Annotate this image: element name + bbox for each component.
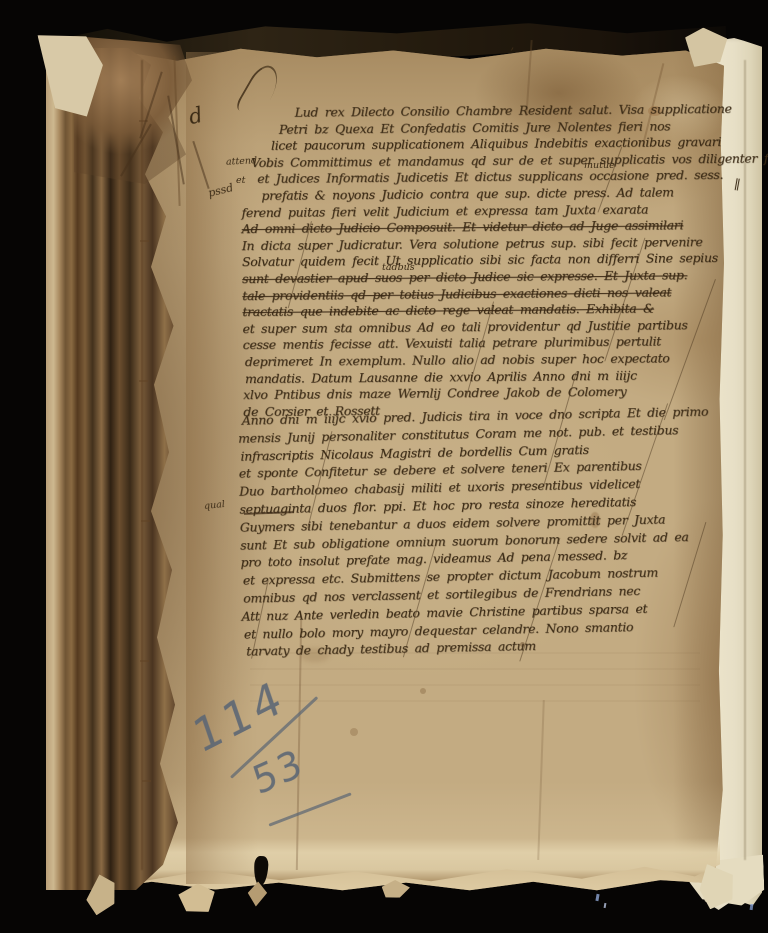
verso-show-through — [250, 652, 700, 712]
fox-spot — [350, 728, 358, 736]
stain-branch — [141, 520, 150, 522]
stain-branch — [140, 660, 149, 662]
manuscript-photo: Lud rex Dilecto Consilio Chambre Residen… — [0, 0, 768, 933]
interlinear-insert-tadbus: tadbus — [382, 262, 415, 273]
interlinear-insert-mutue: mutue — [584, 160, 615, 171]
interlinear-insert-et: et — [236, 175, 245, 186]
interlinear-insert-qual: qual — [203, 499, 225, 512]
glint — [750, 904, 754, 910]
glint — [595, 894, 599, 901]
water-stain-tideline — [141, 60, 143, 870]
stray-ink-tick: ’ — [510, 46, 514, 61]
glint — [604, 903, 607, 908]
stain-branch — [139, 380, 148, 382]
stain-branch — [142, 780, 151, 782]
interlinear-insert-attend: attend — [226, 155, 258, 168]
underlying-page-fold-line — [744, 60, 746, 860]
paragraph-1: Lud rex Dilecto Consilio Chambre Residen… — [241, 101, 730, 421]
stain-branch — [140, 240, 149, 242]
